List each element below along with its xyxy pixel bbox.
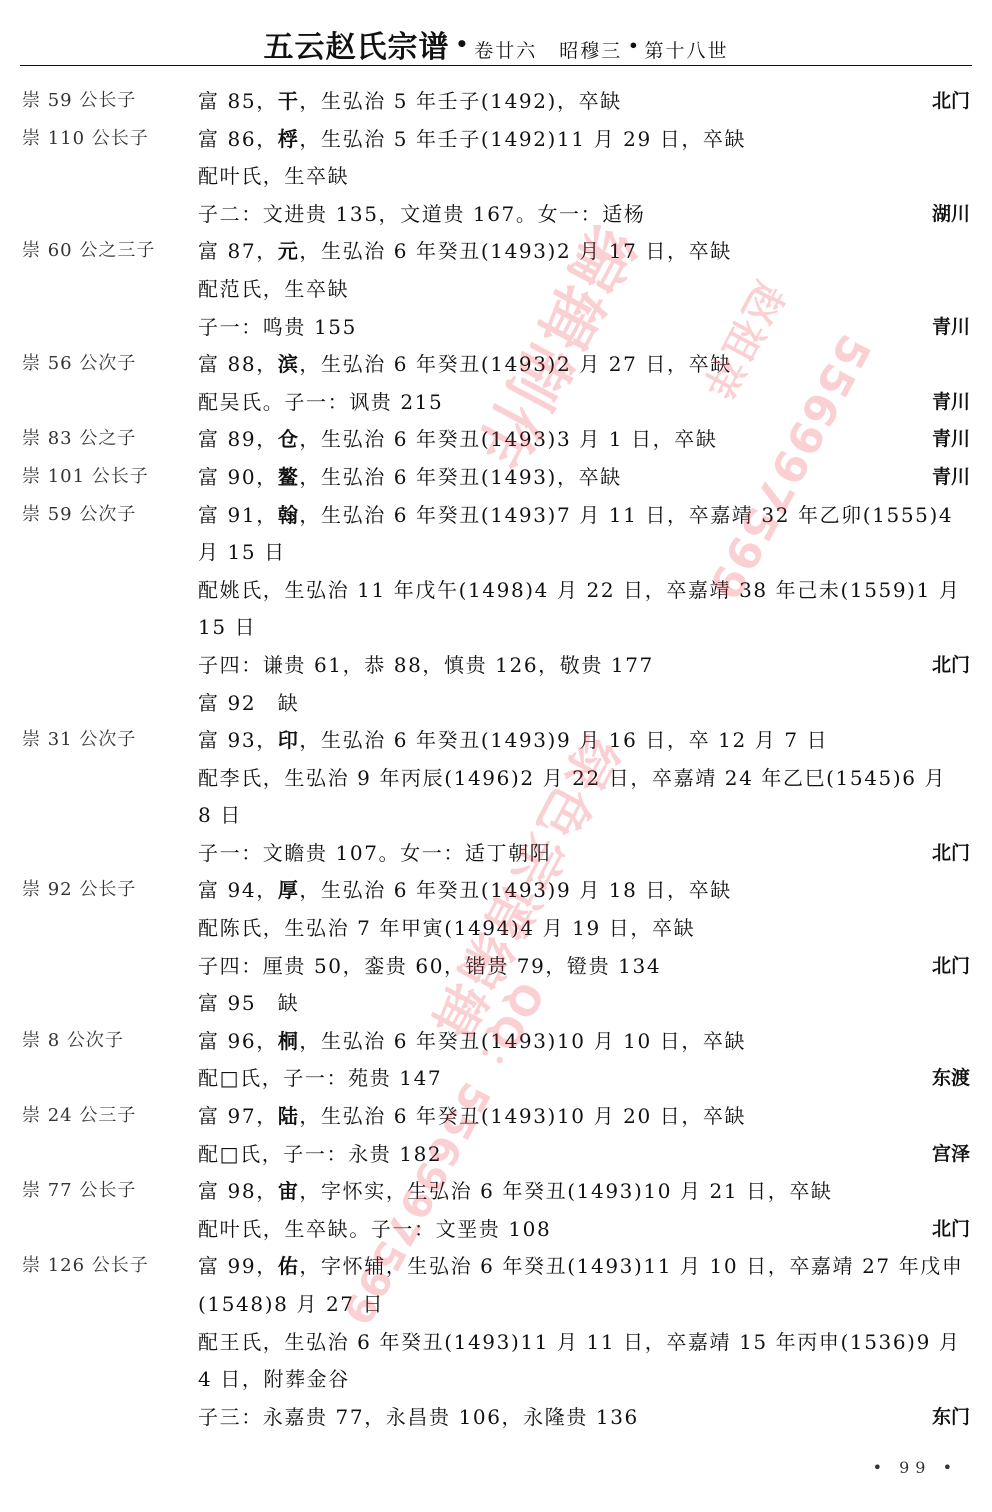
person-name: 干 xyxy=(278,89,300,113)
entry-line: 崇 60 公之三子富 87，元，生弘治 6 年癸丑(1493)2 月 17 日，… xyxy=(0,235,992,273)
entry-line: 子四：谦贵 61，恭 88，慎贵 126，敬贵 177北门 xyxy=(0,649,992,687)
parent-reference: 崇 59 公长子 xyxy=(22,85,136,117)
entry-text-prefix: 富 92 缺 xyxy=(198,691,299,715)
entry-text-prefix: 子四：谦贵 61，恭 88，慎贵 126，敬贵 177 xyxy=(198,653,654,677)
entry-text: 富 91，翰，生弘治 6 年癸丑(1493)7 月 11 日，卒嘉靖 32 年乙… xyxy=(198,499,953,531)
entry-text-prefix: 富 98， xyxy=(198,1179,278,1203)
entry-line: 崇 126 公长子富 99，佑，字怀辅，生弘治 6 年癸丑(1493)11 月 … xyxy=(0,1250,992,1288)
entry-text: 富 85，干，生弘治 5 年壬子(1492)，卒缺 xyxy=(198,85,622,117)
entry-text-prefix: 富 94， xyxy=(198,878,278,902)
header-separator-2: • xyxy=(628,36,638,55)
entry-text-prefix: 富 93， xyxy=(198,728,278,752)
entry-line: 崇 83 公之子富 89，仓，生弘治 6 年癸丑(1493)3 月 1 日，卒缺… xyxy=(0,423,992,461)
entry-line: 子一：文瞻贵 107。女一：适丁朝阳北门 xyxy=(0,837,992,875)
parent-reference: 崇 24 公三子 xyxy=(22,1100,136,1132)
entry-text: 配李氏，生弘治 9 年丙辰(1496)2 月 22 日，卒嘉靖 24 年乙巳(1… xyxy=(198,762,946,794)
entry-line: 配□氏，子一：永贵 182宫泽 xyxy=(0,1138,992,1176)
person-name: 桴 xyxy=(278,127,300,151)
entry-text-prefix: 4 日，附葬金谷 xyxy=(198,1367,350,1391)
entry-text: 富 92 缺 xyxy=(198,687,299,719)
entry-text-prefix: 富 88， xyxy=(198,352,278,376)
parent-reference: 崇 8 公次子 xyxy=(22,1025,124,1057)
entry-line: 崇 56 公次子富 88，滨，生弘治 6 年癸丑(1493)2 月 27 日，卒… xyxy=(0,348,992,386)
entry-text: 子一：鸣贵 155 xyxy=(198,311,357,343)
entry-text-prefix: (1548)8 月 27 日 xyxy=(198,1292,384,1316)
entry-text: 富 95 缺 xyxy=(198,987,299,1019)
entry-line: 崇 8 公次子富 96，桐，生弘治 6 年癸丑(1493)10 月 10 日，卒… xyxy=(0,1025,992,1063)
header-separator: • xyxy=(455,32,468,56)
parent-reference: 崇 110 公长子 xyxy=(22,123,149,155)
entry-text-prefix: 富 87， xyxy=(198,239,278,263)
entry-line: 富 95 缺 xyxy=(0,987,992,1025)
entry-line: 子一：鸣贵 155青川 xyxy=(0,311,992,349)
entry-text: 子四：谦贵 61，恭 88，慎贵 126，敬贵 177 xyxy=(198,649,654,681)
person-name: 翰 xyxy=(278,503,300,527)
residence-location: 北门 xyxy=(932,1213,970,1245)
entry-line: 子二：文进贵 135，文道贵 167。女一：适杨湖川 xyxy=(0,198,992,236)
entry-text: 4 日，附葬金谷 xyxy=(198,1363,350,1395)
parent-reference: 崇 56 公次子 xyxy=(22,348,136,380)
entry-text-prefix: 15 日 xyxy=(198,615,256,639)
entry-line: (1548)8 月 27 日 xyxy=(0,1288,992,1326)
entry-text-prefix: 配□氏，子一：永贵 182 xyxy=(198,1142,442,1166)
entry-text: 配姚氏，生弘治 11 年戊午(1498)4 月 22 日，卒嘉靖 38 年己未(… xyxy=(198,574,960,606)
entry-text-suffix: ，生弘治 5 年壬子(1492)11 月 29 日，卒缺 xyxy=(299,127,746,151)
entry-text: 配吴氏。子一：讽贵 215 xyxy=(198,386,443,418)
parent-reference: 崇 60 公之三子 xyxy=(22,235,155,267)
entry-text-prefix: 配叶氏，生卒缺 xyxy=(198,164,349,188)
person-name: 滨 xyxy=(278,352,300,376)
entry-line: 崇 77 公长子富 98，宙，字怀实，生弘治 6 年癸丑(1493)10 月 2… xyxy=(0,1175,992,1213)
entry-text: 富 94，厚，生弘治 6 年癸丑(1493)9 月 18 日，卒缺 xyxy=(198,874,732,906)
entry-text-suffix: ，生弘治 6 年癸丑(1493)9 月 16 日，卒 12 月 7 日 xyxy=(299,728,828,752)
entry-text: 富 89，仓，生弘治 6 年癸丑(1493)3 月 1 日，卒缺 xyxy=(198,423,718,455)
entry-text-prefix: 配叶氏，生卒缺。子一：文垩贵 108 xyxy=(198,1217,551,1241)
entry-line: 配叶氏，生卒缺 xyxy=(0,160,992,198)
parent-reference: 崇 92 公长子 xyxy=(22,874,136,906)
entry-text-suffix: ，生弘治 5 年壬子(1492)，卒缺 xyxy=(299,89,621,113)
parent-reference: 崇 83 公之子 xyxy=(22,423,136,455)
entry-text-suffix: ，生弘治 6 年癸丑(1493)9 月 18 日，卒缺 xyxy=(299,878,731,902)
residence-location: 东门 xyxy=(932,1401,970,1433)
entry-line: 配吴氏。子一：讽贵 215青川 xyxy=(0,386,992,424)
entry-text: 富 90，鳌，生弘治 6 年癸丑(1493)，卒缺 xyxy=(198,461,622,493)
entry-line: 配叶氏，生卒缺。子一：文垩贵 108北门 xyxy=(0,1213,992,1251)
residence-location: 北门 xyxy=(932,649,970,681)
entry-text: 月 15 日 xyxy=(198,536,286,568)
entry-text-prefix: 富 89， xyxy=(198,427,278,451)
entry-line: 崇 59 公次子富 91，翰，生弘治 6 年癸丑(1493)7 月 11 日，卒… xyxy=(0,499,992,537)
entry-text-suffix: ，生弘治 6 年癸丑(1493)2 月 27 日，卒缺 xyxy=(299,352,731,376)
entry-text-prefix: 配李氏，生弘治 9 年丙辰(1496)2 月 22 日，卒嘉靖 24 年乙巳(1… xyxy=(198,766,946,790)
entry-text-prefix: 配王氏，生弘治 6 年癸丑(1493)11 月 11 日，卒嘉靖 15 年丙申(… xyxy=(198,1330,960,1354)
entry-text-prefix: 配姚氏，生弘治 11 年戊午(1498)4 月 22 日，卒嘉靖 38 年己未(… xyxy=(198,578,960,602)
residence-location: 北门 xyxy=(932,950,970,982)
person-name: 佑 xyxy=(278,1254,300,1278)
entry-text-prefix: 富 85， xyxy=(198,89,278,113)
entry-line: 15 日 xyxy=(0,611,992,649)
entry-line: 富 92 缺 xyxy=(0,687,992,725)
entry-line: 配王氏，生弘治 6 年癸丑(1493)11 月 11 日，卒嘉靖 15 年丙申(… xyxy=(0,1326,992,1364)
generation-label: 第十八世 xyxy=(645,40,729,62)
entry-line: 配李氏，生弘治 9 年丙辰(1496)2 月 22 日，卒嘉靖 24 年乙巳(1… xyxy=(0,762,992,800)
person-name: 厚 xyxy=(278,878,300,902)
page-header: 五云赵氏宗谱•卷廿六昭穆三•第十八世 xyxy=(0,22,992,62)
entry-text: 富 99，佑，字怀辅，生弘治 6 年癸丑(1493)11 月 10 日，卒嘉靖 … xyxy=(198,1250,964,1282)
entry-text: (1548)8 月 27 日 xyxy=(198,1288,384,1320)
residence-location: 东渡 xyxy=(932,1062,970,1094)
entry-text-suffix: ，字怀实，生弘治 6 年癸丑(1493)10 月 21 日，卒缺 xyxy=(299,1179,832,1203)
parent-reference: 崇 59 公次子 xyxy=(22,499,136,531)
residence-location: 北门 xyxy=(932,837,970,869)
entry-text: 富 87，元，生弘治 6 年癸丑(1493)2 月 17 日，卒缺 xyxy=(198,235,732,267)
entry-text-prefix: 配□氏，子一：苑贵 147 xyxy=(198,1066,442,1090)
entry-text-prefix: 富 90， xyxy=(198,465,278,489)
entry-text: 富 88，滨，生弘治 6 年癸丑(1493)2 月 27 日，卒缺 xyxy=(198,348,732,380)
entry-text: 配叶氏，生卒缺 xyxy=(198,160,349,192)
entry-text: 子一：文瞻贵 107。女一：适丁朝阳 xyxy=(198,837,551,869)
genealogy-entries: 崇 59 公长子富 85，干，生弘治 5 年壬子(1492)，卒缺北门崇 110… xyxy=(0,85,992,1438)
person-name: 仓 xyxy=(278,427,300,451)
residence-location: 青川 xyxy=(932,423,970,455)
entry-line: 配陈氏，生弘治 7 年甲寅(1494)4 月 19 日，卒缺 xyxy=(0,912,992,950)
entry-text-prefix: 配陈氏，生弘治 7 年甲寅(1494)4 月 19 日，卒缺 xyxy=(198,916,695,940)
entry-text: 富 98，宙，字怀实，生弘治 6 年癸丑(1493)10 月 21 日，卒缺 xyxy=(198,1175,833,1207)
entry-text: 子四：厘贵 50，銮贵 60，锴贵 79，镫贵 134 xyxy=(198,950,661,982)
entry-line: 崇 92 公长子富 94，厚，生弘治 6 年癸丑(1493)9 月 18 日，卒… xyxy=(0,874,992,912)
entry-text: 子二：文进贵 135，文道贵 167。女一：适杨 xyxy=(198,198,645,230)
entry-text: 配范氏，生卒缺 xyxy=(198,273,349,305)
entry-line: 4 日，附葬金谷 xyxy=(0,1363,992,1401)
entry-text-suffix: ，生弘治 6 年癸丑(1493)7 月 11 日，卒嘉靖 32 年乙卯(1555… xyxy=(299,503,953,527)
entry-text: 富 96，桐，生弘治 6 年癸丑(1493)10 月 10 日，卒缺 xyxy=(198,1025,746,1057)
entry-line: 8 日 xyxy=(0,799,992,837)
entry-line: 崇 101 公长子富 90，鳌，生弘治 6 年癸丑(1493)，卒缺青川 xyxy=(0,461,992,499)
entry-text-prefix: 月 15 日 xyxy=(198,540,286,564)
book-title: 五云赵氏宗谱 xyxy=(263,30,449,65)
entry-text-prefix: 子三：永嘉贵 77，永昌贵 106，永隆贵 136 xyxy=(198,1405,639,1429)
entry-text: 富 93，印，生弘治 6 年癸丑(1493)9 月 16 日，卒 12 月 7 … xyxy=(198,724,828,756)
entry-text: 富 97，陆，生弘治 6 年癸丑(1493)10 月 20 日，卒缺 xyxy=(198,1100,746,1132)
entry-text: 配陈氏，生弘治 7 年甲寅(1494)4 月 19 日，卒缺 xyxy=(198,912,695,944)
entry-text-suffix: ，生弘治 6 年癸丑(1493)2 月 17 日，卒缺 xyxy=(299,239,731,263)
entry-line: 月 15 日 xyxy=(0,536,992,574)
entry-text-prefix: 富 95 缺 xyxy=(198,991,299,1015)
residence-location: 宫泽 xyxy=(932,1138,970,1170)
entry-text: 8 日 xyxy=(198,799,242,831)
entry-text-suffix: ，生弘治 6 年癸丑(1493)，卒缺 xyxy=(299,465,621,489)
entry-text: 配□氏，子一：永贵 182 xyxy=(198,1138,442,1170)
parent-reference: 崇 31 公次子 xyxy=(22,724,136,756)
entry-text: 子三：永嘉贵 77，永昌贵 106，永隆贵 136 xyxy=(198,1401,639,1433)
parent-reference: 崇 126 公长子 xyxy=(22,1250,149,1282)
entry-text-prefix: 子一：鸣贵 155 xyxy=(198,315,357,339)
person-name: 元 xyxy=(278,239,300,263)
person-name: 陆 xyxy=(278,1104,300,1128)
entry-line: 崇 24 公三子富 97，陆，生弘治 6 年癸丑(1493)10 月 20 日，… xyxy=(0,1100,992,1138)
entry-text-prefix: 8 日 xyxy=(198,803,242,827)
entry-text: 15 日 xyxy=(198,611,256,643)
residence-location: 湖川 xyxy=(932,198,970,230)
entry-text-prefix: 富 86， xyxy=(198,127,278,151)
volume-label: 卷廿六 xyxy=(474,40,537,62)
header-rule xyxy=(20,65,972,66)
entry-text-prefix: 富 99， xyxy=(198,1254,278,1278)
parent-reference: 崇 101 公长子 xyxy=(22,461,149,493)
entry-text: 配叶氏，生卒缺。子一：文垩贵 108 xyxy=(198,1213,551,1245)
entry-text-suffix: ，字怀辅，生弘治 6 年癸丑(1493)11 月 10 日，卒嘉靖 27 年戊申 xyxy=(299,1254,963,1278)
entry-text: 配□氏，子一：苑贵 147 xyxy=(198,1062,442,1094)
entry-text-prefix: 子一：文瞻贵 107。女一：适丁朝阳 xyxy=(198,841,551,865)
parent-reference: 崇 77 公长子 xyxy=(22,1175,136,1207)
entry-line: 子四：厘贵 50，銮贵 60，锴贵 79，镫贵 134北门 xyxy=(0,950,992,988)
person-name: 宙 xyxy=(278,1179,300,1203)
person-name: 鳌 xyxy=(278,465,300,489)
entry-text-prefix: 富 97， xyxy=(198,1104,278,1128)
entry-text-prefix: 子四：厘贵 50，銮贵 60，锴贵 79，镫贵 134 xyxy=(198,954,661,978)
entry-line: 崇 59 公长子富 85，干，生弘治 5 年壬子(1492)，卒缺北门 xyxy=(0,85,992,123)
person-name: 桐 xyxy=(278,1029,300,1053)
entry-line: 配□氏，子一：苑贵 147东渡 xyxy=(0,1062,992,1100)
entry-line: 配范氏，生卒缺 xyxy=(0,273,992,311)
entry-line: 崇 110 公长子富 86，桴，生弘治 5 年壬子(1492)11 月 29 日… xyxy=(0,123,992,161)
residence-location: 青川 xyxy=(932,461,970,493)
entry-text-prefix: 富 91， xyxy=(198,503,278,527)
entry-text-prefix: 配范氏，生卒缺 xyxy=(198,277,349,301)
page-number: • 99 • xyxy=(873,1458,958,1477)
entry-line: 配姚氏，生弘治 11 年戊午(1498)4 月 22 日，卒嘉靖 38 年己未(… xyxy=(0,574,992,612)
residence-location: 北门 xyxy=(932,85,970,117)
entry-text: 配王氏，生弘治 6 年癸丑(1493)11 月 11 日，卒嘉靖 15 年丙申(… xyxy=(198,1326,960,1358)
residence-location: 青川 xyxy=(932,311,970,343)
entry-text-prefix: 富 96， xyxy=(198,1029,278,1053)
residence-location: 青川 xyxy=(932,386,970,418)
entry-text-prefix: 配吴氏。子一：讽贵 215 xyxy=(198,390,443,414)
entry-text-suffix: ，生弘治 6 年癸丑(1493)10 月 20 日，卒缺 xyxy=(299,1104,746,1128)
person-name: 印 xyxy=(278,728,300,752)
entry-text-prefix: 子二：文进贵 135，文道贵 167。女一：适杨 xyxy=(198,202,645,226)
entry-line: 崇 31 公次子富 93，印，生弘治 6 年癸丑(1493)9 月 16 日，卒… xyxy=(0,724,992,762)
entry-text-suffix: ，生弘治 6 年癸丑(1493)10 月 10 日，卒缺 xyxy=(299,1029,746,1053)
entry-text-suffix: ，生弘治 6 年癸丑(1493)3 月 1 日，卒缺 xyxy=(299,427,717,451)
entry-text: 富 86，桴，生弘治 5 年壬子(1492)11 月 29 日，卒缺 xyxy=(198,123,746,155)
branch-label: 昭穆三 xyxy=(559,40,622,62)
entry-line: 子三：永嘉贵 77，永昌贵 106，永隆贵 136东门 xyxy=(0,1401,992,1439)
